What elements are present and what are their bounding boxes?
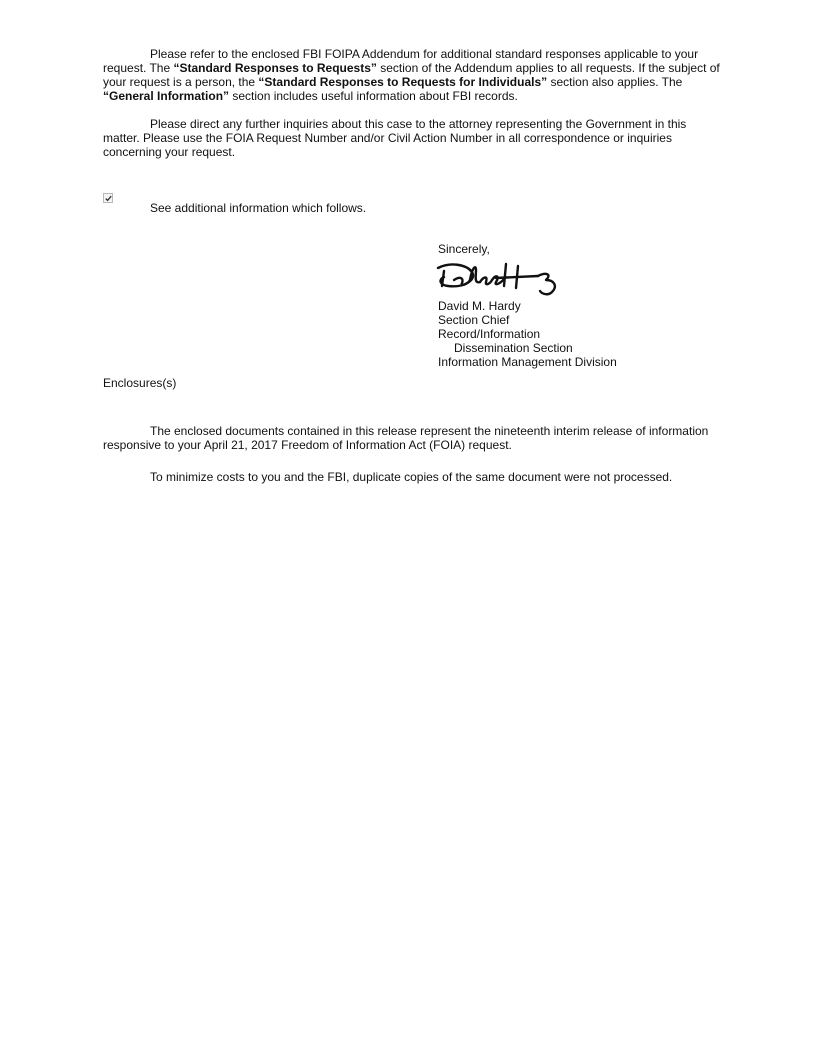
addendum-text-c: section also applies. The bbox=[547, 75, 682, 89]
signer-title: Section Chief bbox=[438, 313, 617, 327]
closing-salutation: Sincerely, bbox=[438, 242, 490, 256]
release-text: The enclosed documents contained in this… bbox=[103, 424, 708, 452]
addendum-text-d: section includes useful information abou… bbox=[229, 89, 518, 103]
signer-section-continued: Dissemination Section bbox=[438, 341, 617, 355]
checkmark-icon bbox=[105, 195, 112, 202]
inquiries-text: Please direct any further inquiries abou… bbox=[103, 117, 686, 159]
individuals-heading: “Standard Responses to Requests for Indi… bbox=[258, 75, 547, 89]
release-paragraph: The enclosed documents contained in this… bbox=[103, 424, 723, 452]
letter-page: Please refer to the enclosed FBI FOIPA A… bbox=[0, 0, 816, 1056]
signer-division: Information Management Division bbox=[438, 355, 617, 369]
additional-info-label: See additional information which follows… bbox=[150, 201, 366, 215]
duplicates-text: To minimize costs to you and the FBI, du… bbox=[150, 470, 672, 484]
enclosures-label: Enclosures(s) bbox=[103, 376, 176, 390]
signature-block: David M. Hardy Section Chief Record/Info… bbox=[438, 299, 617, 369]
signer-name: David M. Hardy bbox=[438, 299, 617, 313]
standard-responses-heading: “Standard Responses to Requests” bbox=[174, 61, 377, 75]
duplicates-paragraph: To minimize costs to you and the FBI, du… bbox=[103, 470, 723, 484]
general-information-heading: “General Information” bbox=[103, 89, 229, 103]
inquiries-paragraph: Please direct any further inquiries abou… bbox=[103, 117, 723, 159]
addendum-paragraph: Please refer to the enclosed FBI FOIPA A… bbox=[103, 47, 723, 103]
additional-info-checkbox[interactable] bbox=[103, 193, 113, 203]
signer-section: Record/Information bbox=[438, 327, 617, 341]
handwritten-signature-icon bbox=[434, 258, 566, 300]
